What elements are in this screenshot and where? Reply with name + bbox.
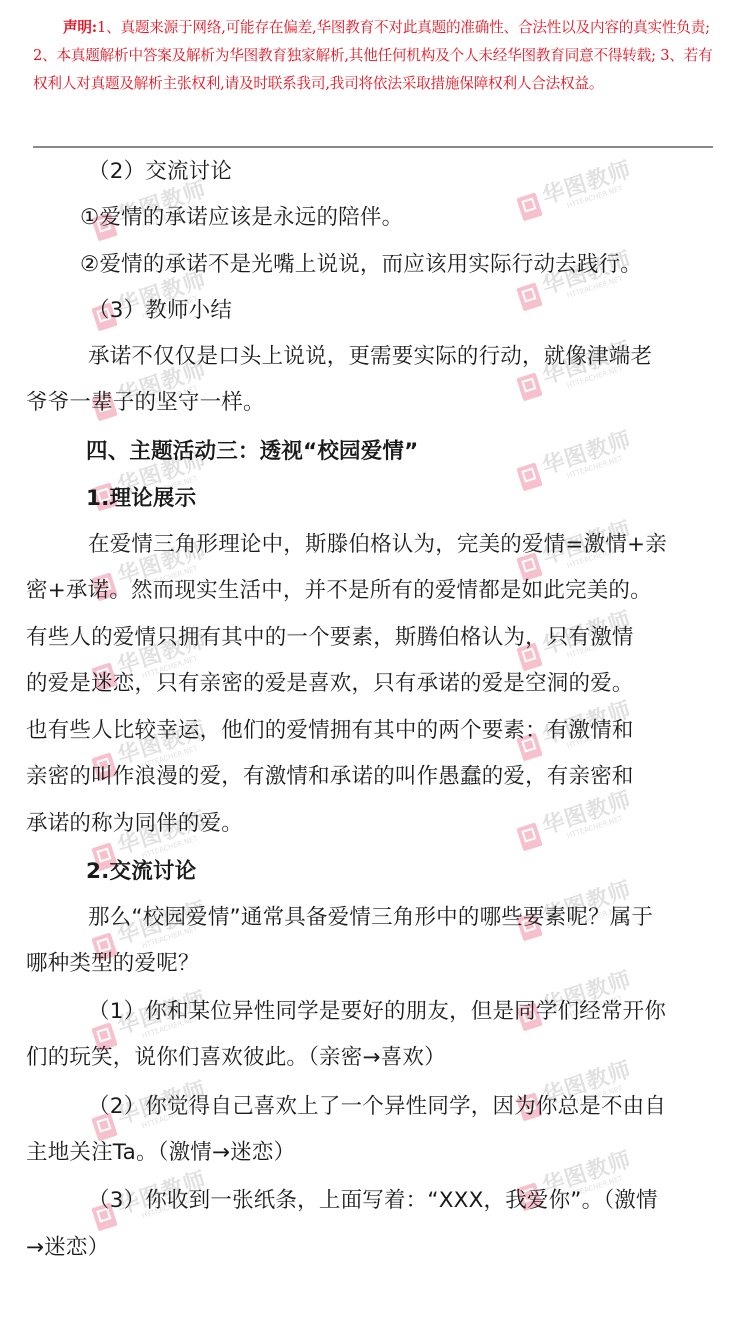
watermark-subtext: HTTEACHER.NET bbox=[566, 180, 637, 210]
section-heading: 四、主题活动三：透视“校园爱情” bbox=[86, 437, 418, 467]
paragraph-line: 承诺不仅仅是口头上说说，更需要实际的行动，就像津端老 bbox=[88, 342, 652, 372]
paragraph-line: 承诺的称为同伴的爱。 bbox=[26, 809, 243, 839]
paragraph-line: 爷爷一辈子的坚守一样。 bbox=[26, 388, 265, 418]
paragraph-line: （3）你收到一张纸条，上面写着：“XXX，我爱你”。（激情 bbox=[88, 1186, 658, 1216]
paragraph-line: （3）教师小结 bbox=[88, 296, 232, 326]
paragraph-line: （1）你和某位异性同学是要好的朋友，但是同学们经常开你 bbox=[88, 997, 666, 1027]
disclaimer-text: 1、真题来源于网络,可能存在偏差,华图教育不对此真题的准确性、合法性以及内容的真… bbox=[33, 19, 713, 92]
watermark: 华图教师HTTEACHER.NET bbox=[515, 429, 637, 494]
paragraph-line: 也有些人比较幸运，他们的爱情拥有其中的两个要素：有激情和 bbox=[26, 716, 634, 746]
paragraph-line: 有些人的爱情只拥有其中的一个要素，斯腾伯格认为，只有激情 bbox=[26, 623, 634, 653]
paragraph-line: （2）你觉得自己喜欢上了一个异性同学，因为你总是不由自 bbox=[88, 1092, 666, 1122]
paragraph-line: 们的玩笑，说你们喜欢彼此。（亲密→喜欢） bbox=[26, 1043, 446, 1073]
paragraph-line: ①爱情的承诺应该是永远的陪伴。 bbox=[80, 203, 403, 233]
watermark-text: 华图教师 bbox=[540, 159, 634, 208]
paragraph-line: 在爱情三角形理论中，斯滕伯格认为，完美的爱情=激情+亲 bbox=[88, 530, 667, 560]
header-divider bbox=[33, 146, 713, 148]
watermark-subtext: HTTEACHER.NET bbox=[566, 450, 637, 480]
watermark: 华图教师HTTEACHER.NET bbox=[515, 159, 637, 224]
watermark-logo-icon bbox=[516, 192, 542, 221]
paragraph-line: 主地关注Ta。（激情→迷恋） bbox=[26, 1138, 295, 1168]
section-heading: 1.理论展示 bbox=[86, 484, 196, 514]
section-heading: 2.交流讨论 bbox=[86, 857, 196, 887]
paragraph-line: 那么“校园爱情”通常具备爱情三角形中的哪些要素呢？属于 bbox=[88, 903, 653, 933]
disclaimer-label: 声明: bbox=[63, 19, 97, 36]
watermark-logo-icon bbox=[516, 372, 542, 401]
paragraph-line: 的爱是迷恋，只有亲密的爱是喜欢，只有承诺的爱是空洞的爱。 bbox=[26, 669, 634, 699]
watermark-text: 华图教师 bbox=[540, 429, 634, 478]
disclaimer: 声明:1、真题来源于网络,可能存在偏差,华图教育不对此真题的准确性、合法性以及内… bbox=[33, 14, 715, 98]
watermark-text: 华图教师 bbox=[540, 789, 634, 838]
paragraph-line: →迷恋） bbox=[26, 1233, 109, 1263]
paragraph-line: 密+承诺。然而现实生活中，并不是所有的爱情都是如此完美的。 bbox=[26, 576, 652, 606]
paragraph-line: ②爱情的承诺不是光嘴上说说，而应该用实际行动去践行。 bbox=[80, 250, 642, 280]
paragraph-line: 哪种类型的爱呢？ bbox=[26, 949, 200, 979]
watermark: 华图教师HTTEACHER.NET bbox=[515, 789, 637, 854]
paragraph-line: （2）交流讨论 bbox=[88, 157, 232, 187]
watermark-logo-icon bbox=[516, 462, 542, 491]
watermark-logo-icon bbox=[516, 822, 542, 851]
watermark-subtext: HTTEACHER.NET bbox=[566, 810, 637, 840]
paragraph-line: 亲密的叫作浪漫的爱，有激情和承诺的叫作愚蠢的爱，有亲密和 bbox=[26, 762, 634, 792]
watermark-logo-icon bbox=[516, 282, 542, 311]
